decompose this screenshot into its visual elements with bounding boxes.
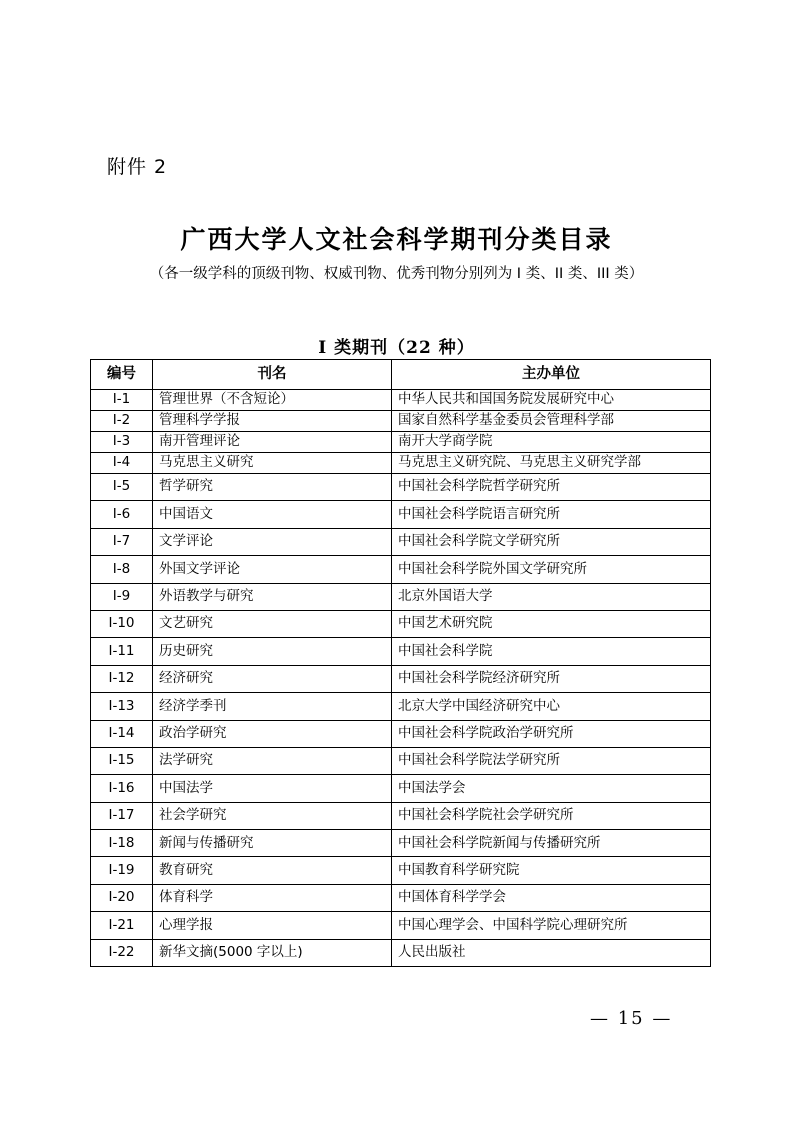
row-code: Ⅰ-7 bbox=[91, 528, 153, 555]
row-code: Ⅰ-14 bbox=[91, 720, 153, 747]
row-journal-name: 南开管理评论 bbox=[153, 432, 392, 453]
row-code: Ⅰ-3 bbox=[91, 432, 153, 453]
table-row: Ⅰ-22新华文摘(5000 字以上)人民出版社 bbox=[91, 939, 711, 966]
page-number: — 15 — bbox=[590, 1008, 672, 1029]
row-journal-name: 中国法学 bbox=[153, 775, 392, 802]
row-publisher: 中国社会科学院社会学研究所 bbox=[392, 802, 711, 829]
row-publisher: 中国社会科学院政治学研究所 bbox=[392, 720, 711, 747]
table-row: Ⅰ-9外语教学与研究北京外国语大学 bbox=[91, 583, 711, 610]
table-row: Ⅰ-3南开管理评论南开大学商学院 bbox=[91, 432, 711, 453]
row-journal-name: 经济研究 bbox=[153, 665, 392, 692]
row-publisher: 中国社会科学院哲学研究所 bbox=[392, 474, 711, 501]
row-publisher: 中华人民共和国国务院发展研究中心 bbox=[392, 390, 711, 411]
table-row: Ⅰ-13经济学季刊北京大学中国经济研究中心 bbox=[91, 693, 711, 720]
row-code: Ⅰ-6 bbox=[91, 501, 153, 528]
row-publisher: 中国体育科学学会 bbox=[392, 884, 711, 911]
row-code: Ⅰ-8 bbox=[91, 556, 153, 583]
table-row: Ⅰ-2管理科学学报国家自然科学基金委员会管理科学部 bbox=[91, 411, 711, 432]
row-journal-name: 社会学研究 bbox=[153, 802, 392, 829]
table-row: Ⅰ-20体育科学中国体育科学学会 bbox=[91, 884, 711, 911]
header-journal-name: 刊名 bbox=[153, 360, 392, 390]
row-publisher: 国家自然科学基金委员会管理科学部 bbox=[392, 411, 711, 432]
row-publisher: 北京大学中国经济研究中心 bbox=[392, 693, 711, 720]
row-code: Ⅰ-2 bbox=[91, 411, 153, 432]
row-journal-name: 教育研究 bbox=[153, 857, 392, 884]
table-caption: I 类期刊（22 种） bbox=[0, 333, 793, 358]
row-publisher: 中国社会科学院新闻与传播研究所 bbox=[392, 830, 711, 857]
row-publisher: 中国社会科学院法学研究所 bbox=[392, 747, 711, 774]
row-journal-name: 经济学季刊 bbox=[153, 693, 392, 720]
row-publisher: 中国社会科学院语言研究所 bbox=[392, 501, 711, 528]
row-journal-name: 文艺研究 bbox=[153, 610, 392, 637]
row-code: Ⅰ-20 bbox=[91, 884, 153, 911]
table-row: Ⅰ-19教育研究中国教育科学研究院 bbox=[91, 857, 711, 884]
attachment-label: 附件 2 bbox=[107, 152, 167, 179]
table-row: Ⅰ-17社会学研究中国社会科学院社会学研究所 bbox=[91, 802, 711, 829]
row-publisher: 南开大学商学院 bbox=[392, 432, 711, 453]
row-publisher: 中国法学会 bbox=[392, 775, 711, 802]
row-journal-name: 法学研究 bbox=[153, 747, 392, 774]
table-row: Ⅰ-6中国语文中国社会科学院语言研究所 bbox=[91, 501, 711, 528]
row-code: Ⅰ-13 bbox=[91, 693, 153, 720]
table-row: Ⅰ-8外国文学评论中国社会科学院外国文学研究所 bbox=[91, 556, 711, 583]
table-row: Ⅰ-1管理世界（不含短论）中华人民共和国国务院发展研究中心 bbox=[91, 390, 711, 411]
row-publisher: 中国社会科学院外国文学研究所 bbox=[392, 556, 711, 583]
row-code: Ⅰ-18 bbox=[91, 830, 153, 857]
row-journal-name: 文学评论 bbox=[153, 528, 392, 555]
table-row: Ⅰ-14政治学研究中国社会科学院政治学研究所 bbox=[91, 720, 711, 747]
row-journal-name: 新华文摘(5000 字以上) bbox=[153, 939, 392, 966]
row-journal-name: 体育科学 bbox=[153, 884, 392, 911]
table-row: Ⅰ-11历史研究中国社会科学院 bbox=[91, 638, 711, 665]
row-journal-name: 管理科学学报 bbox=[153, 411, 392, 432]
journal-table: 编号 刊名 主办单位 Ⅰ-1管理世界（不含短论）中华人民共和国国务院发展研究中心… bbox=[90, 359, 711, 967]
row-journal-name: 政治学研究 bbox=[153, 720, 392, 747]
row-publisher: 中国心理学会、中国科学院心理研究所 bbox=[392, 912, 711, 939]
row-journal-name: 心理学报 bbox=[153, 912, 392, 939]
header-code: 编号 bbox=[91, 360, 153, 390]
table-row: Ⅰ-10文艺研究中国艺术研究院 bbox=[91, 610, 711, 637]
document-subtitle: （各一级学科的顶级刊物、权威刊物、优秀刊物分别列为 I 类、II 类、III 类… bbox=[0, 262, 793, 283]
document-title: 广西大学人文社会科学期刊分类目录 bbox=[0, 220, 793, 256]
table-row: Ⅰ-16中国法学中国法学会 bbox=[91, 775, 711, 802]
row-code: Ⅰ-19 bbox=[91, 857, 153, 884]
row-code: Ⅰ-16 bbox=[91, 775, 153, 802]
row-code: Ⅰ-15 bbox=[91, 747, 153, 774]
row-journal-name: 外国文学评论 bbox=[153, 556, 392, 583]
table-row: Ⅰ-18新闻与传播研究中国社会科学院新闻与传播研究所 bbox=[91, 830, 711, 857]
row-code: Ⅰ-1 bbox=[91, 390, 153, 411]
row-code: Ⅰ-12 bbox=[91, 665, 153, 692]
row-journal-name: 马克思主义研究 bbox=[153, 453, 392, 474]
row-publisher: 中国社会科学院经济研究所 bbox=[392, 665, 711, 692]
row-code: Ⅰ-5 bbox=[91, 474, 153, 501]
row-publisher: 中国社会科学院 bbox=[392, 638, 711, 665]
header-publisher: 主办单位 bbox=[392, 360, 711, 390]
row-publisher: 北京外国语大学 bbox=[392, 583, 711, 610]
row-publisher: 马克思主义研究院、马克思主义研究学部 bbox=[392, 453, 711, 474]
row-code: Ⅰ-11 bbox=[91, 638, 153, 665]
row-code: Ⅰ-4 bbox=[91, 453, 153, 474]
row-publisher: 中国艺术研究院 bbox=[392, 610, 711, 637]
table-row: Ⅰ-7文学评论中国社会科学院文学研究所 bbox=[91, 528, 711, 555]
row-publisher: 中国社会科学院文学研究所 bbox=[392, 528, 711, 555]
row-publisher: 中国教育科学研究院 bbox=[392, 857, 711, 884]
row-code: Ⅰ-21 bbox=[91, 912, 153, 939]
table-row: Ⅰ-4马克思主义研究马克思主义研究院、马克思主义研究学部 bbox=[91, 453, 711, 474]
table-row: Ⅰ-12经济研究中国社会科学院经济研究所 bbox=[91, 665, 711, 692]
row-code: Ⅰ-22 bbox=[91, 939, 153, 966]
row-journal-name: 管理世界（不含短论） bbox=[153, 390, 392, 411]
row-publisher: 人民出版社 bbox=[392, 939, 711, 966]
row-journal-name: 中国语文 bbox=[153, 501, 392, 528]
row-journal-name: 历史研究 bbox=[153, 638, 392, 665]
row-journal-name: 新闻与传播研究 bbox=[153, 830, 392, 857]
table-row: Ⅰ-5哲学研究中国社会科学院哲学研究所 bbox=[91, 474, 711, 501]
row-journal-name: 外语教学与研究 bbox=[153, 583, 392, 610]
table-row: Ⅰ-21心理学报中国心理学会、中国科学院心理研究所 bbox=[91, 912, 711, 939]
row-code: Ⅰ-10 bbox=[91, 610, 153, 637]
table-header-row: 编号 刊名 主办单位 bbox=[91, 360, 711, 390]
row-journal-name: 哲学研究 bbox=[153, 474, 392, 501]
table-row: Ⅰ-15法学研究中国社会科学院法学研究所 bbox=[91, 747, 711, 774]
row-code: Ⅰ-9 bbox=[91, 583, 153, 610]
row-code: Ⅰ-17 bbox=[91, 802, 153, 829]
